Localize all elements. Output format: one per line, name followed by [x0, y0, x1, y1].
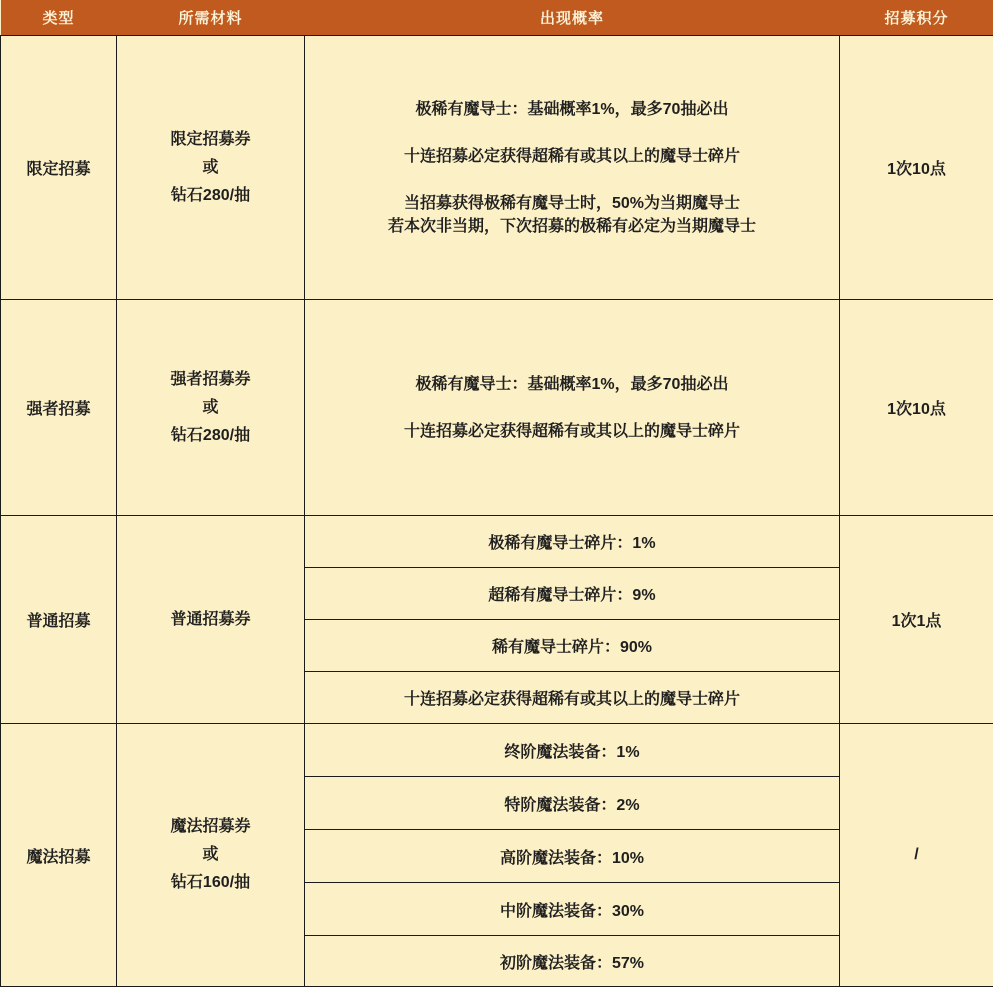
material-line: 钻石160/抽 [123, 869, 298, 897]
material-cell: 强者招募券 或 钻石280/抽 [117, 300, 305, 516]
probability-cell: 极稀有魔导士：基础概率1%，最多70抽必出 十连招募必定获得超稀有或其以上的魔导… [305, 300, 840, 516]
points-cell: / [840, 724, 993, 987]
probability-subrow: 十连招募必定获得超稀有或其以上的魔导士碎片 [305, 672, 840, 724]
probability-subrow: 终阶魔法装备：1% [305, 724, 840, 777]
material-line: 强者招募券 [123, 366, 298, 394]
header-probability: 出现概率 [305, 0, 840, 36]
probability-subrow: 特阶魔法装备：2% [305, 777, 840, 830]
material-line: 或 [123, 394, 298, 422]
probability-paragraph: 十连招募必定获得超稀有或其以上的魔导士碎片 [311, 145, 833, 168]
material-line: 魔法招募券 [123, 813, 298, 841]
material-line: 钻石280/抽 [123, 182, 298, 210]
type-cell: 魔法招募 [1, 724, 117, 987]
type-cell: 强者招募 [1, 300, 117, 516]
row-magic: 魔法招募 魔法招募券 或 钻石160/抽 终阶魔法装备：1% / [1, 724, 993, 777]
header-type: 类型 [1, 0, 117, 36]
row-normal: 普通招募 普通招募券 极稀有魔导士碎片：1% 1次1点 [1, 516, 993, 568]
header-points: 招募积分 [840, 0, 993, 36]
probability-subrow: 高阶魔法装备：10% [305, 830, 840, 883]
probability-paragraph: 极稀有魔导士：基础概率1%，最多70抽必出 [311, 98, 833, 121]
type-cell: 普通招募 [1, 516, 117, 724]
recruitment-table: 类型 所需材料 出现概率 招募积分 限定招募 限定招募券 或 钻石280/抽 极… [0, 0, 993, 987]
probability-paragraph: 十连招募必定获得超稀有或其以上的魔导士碎片 [311, 420, 833, 443]
material-line: 限定招募券 [123, 126, 298, 154]
probability-paragraph: 当招募获得极稀有魔导士时，50%为当期魔导士 若本次非当期，下次招募的极稀有必定… [311, 192, 833, 238]
header-materials: 所需材料 [117, 0, 305, 36]
probability-paragraph: 极稀有魔导士：基础概率1%，最多70抽必出 [311, 373, 833, 396]
probability-subrow: 初阶魔法装备：57% [305, 936, 840, 987]
header-row: 类型 所需材料 出现概率 招募积分 [1, 0, 993, 36]
material-line: 或 [123, 154, 298, 182]
probability-subrow: 中阶魔法装备：30% [305, 883, 840, 936]
probability-subrow: 超稀有魔导士碎片：9% [305, 568, 840, 620]
probability-subrow: 极稀有魔导士碎片：1% [305, 516, 840, 568]
points-cell: 1次10点 [840, 300, 993, 516]
material-cell: 普通招募券 [117, 516, 305, 724]
probability-subrow: 稀有魔导士碎片：90% [305, 620, 840, 672]
material-line: 普通招募券 [123, 606, 298, 634]
type-cell: 限定招募 [1, 36, 117, 300]
material-cell: 限定招募券 或 钻石280/抽 [117, 36, 305, 300]
points-cell: 1次10点 [840, 36, 993, 300]
probability-cell: 极稀有魔导士：基础概率1%，最多70抽必出 十连招募必定获得超稀有或其以上的魔导… [305, 36, 840, 300]
material-line: 或 [123, 841, 298, 869]
row-strong: 强者招募 强者招募券 或 钻石280/抽 极稀有魔导士：基础概率1%，最多70抽… [1, 300, 993, 516]
row-limited: 限定招募 限定招募券 或 钻石280/抽 极稀有魔导士：基础概率1%，最多70抽… [1, 36, 993, 300]
points-cell: 1次1点 [840, 516, 993, 724]
material-line: 钻石280/抽 [123, 422, 298, 450]
material-cell: 魔法招募券 或 钻石160/抽 [117, 724, 305, 987]
